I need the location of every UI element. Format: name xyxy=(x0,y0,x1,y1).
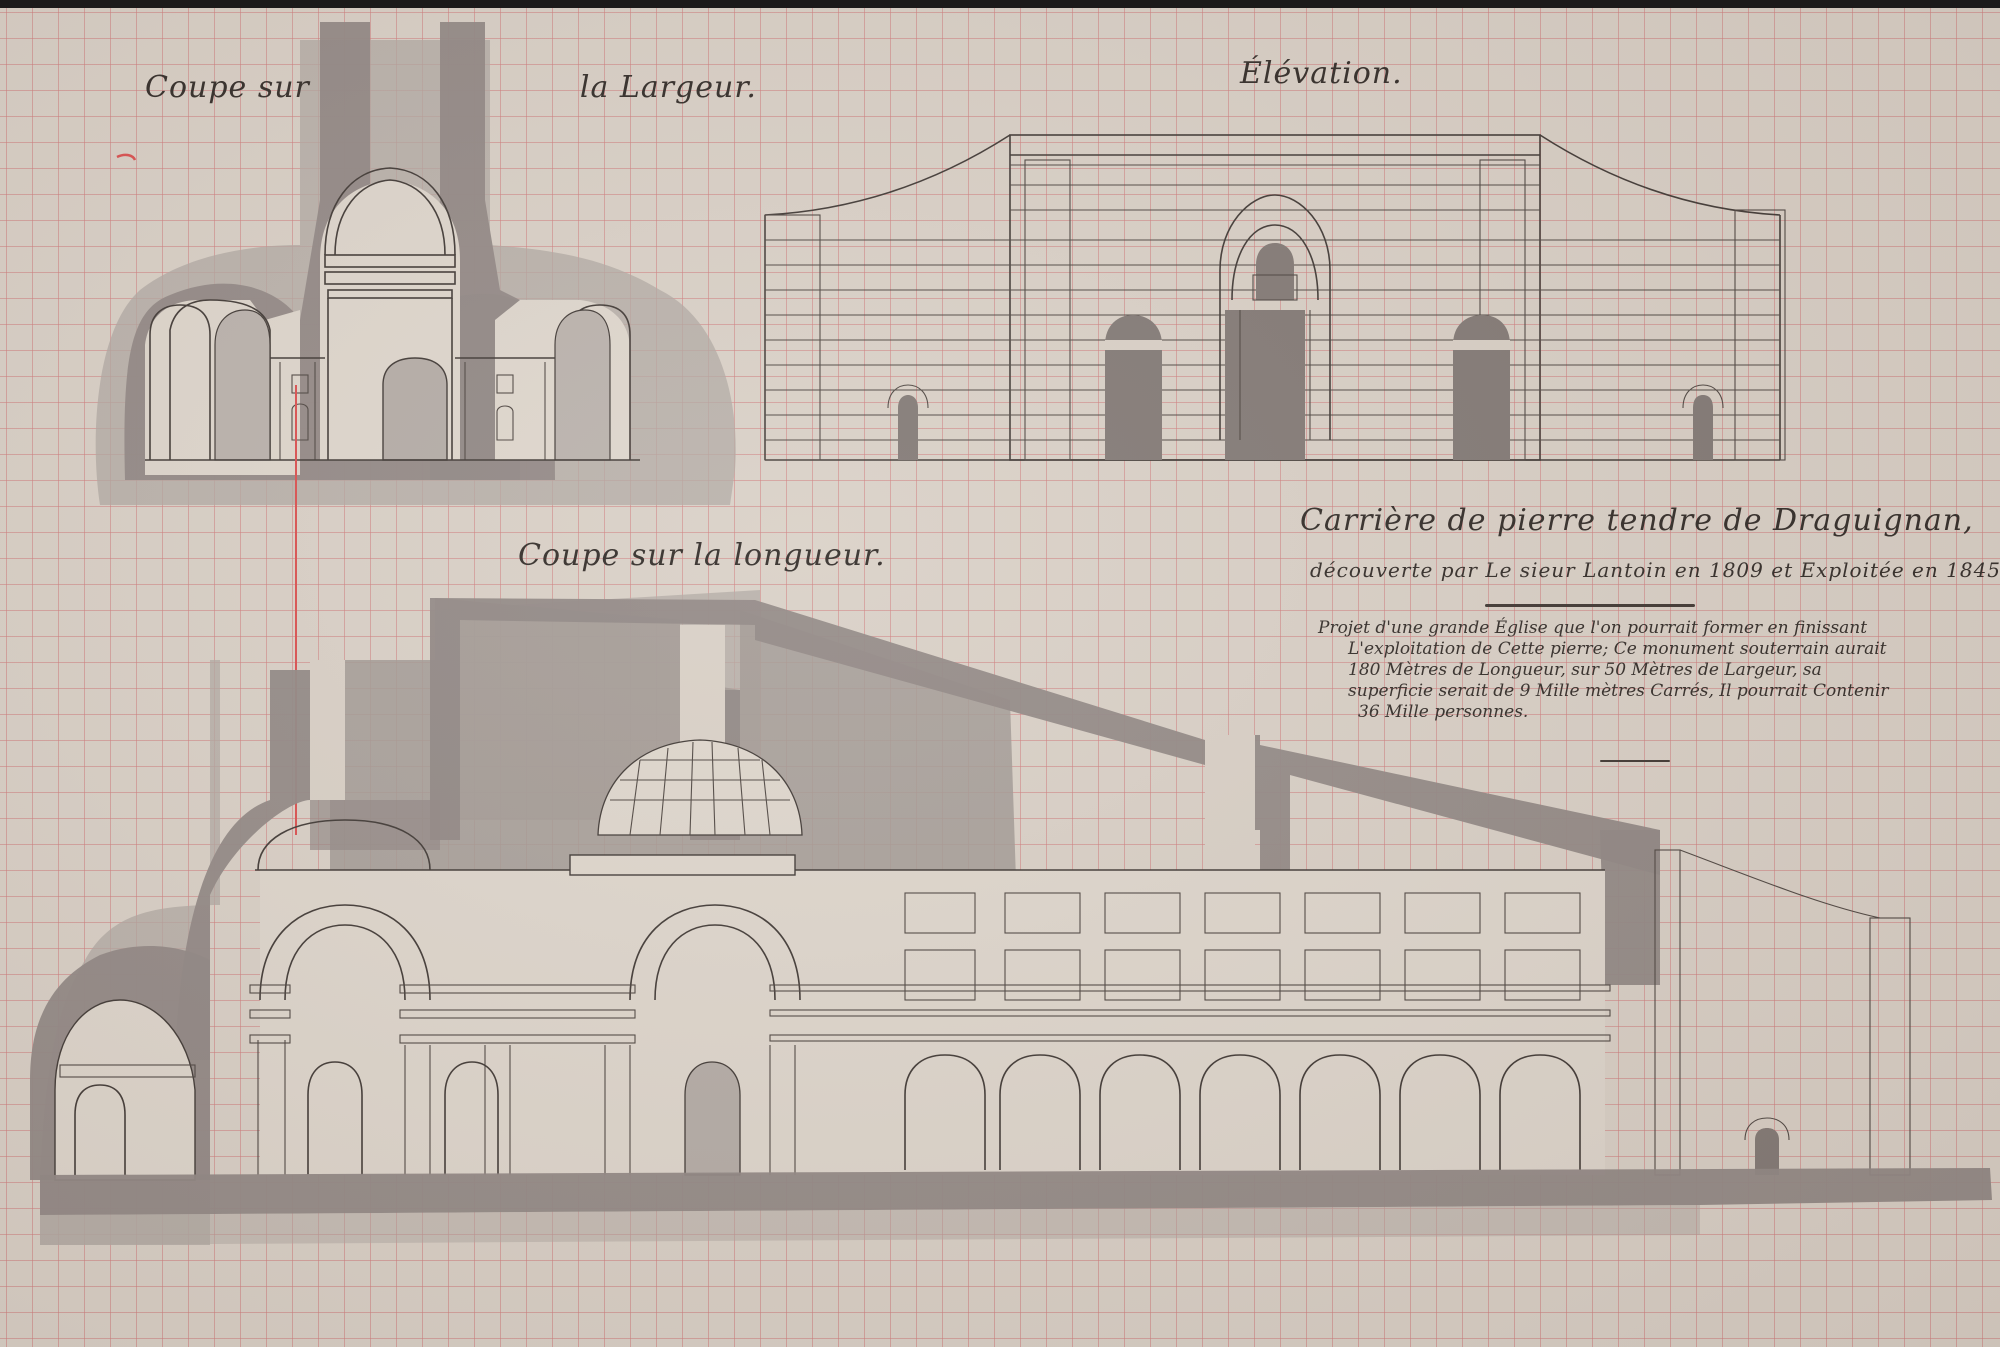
cross-section-title: Coupe surla Largeur. xyxy=(145,70,757,105)
note-line: 180 Mètres de Longueur, sur 50 Mètres de… xyxy=(1318,660,1978,681)
elevation-drawing xyxy=(765,135,1785,460)
caption-underline xyxy=(1485,604,1695,607)
project-notes: Projet d'une grande Église que l'on pour… xyxy=(1318,618,1978,723)
note-line: superficie serait de 9 Mille mètres Carr… xyxy=(1318,681,1978,702)
elevation-title: Élévation. xyxy=(1240,56,1403,91)
cross-section-title-part1: Coupe sur xyxy=(145,70,310,105)
note-line: 36 Mille personnes. xyxy=(1318,702,1978,723)
cross-section-title-part2: la Largeur. xyxy=(580,70,757,105)
drawing-sheet: .wl { fill: #aea59f; opacity: 0.75; } .w… xyxy=(0,8,2000,1347)
note-line: Projet d'une grande Église que l'on pour… xyxy=(1318,618,1978,639)
caption-title: Carrière de pierre tendre de Draguignan, xyxy=(1300,503,1974,538)
note-line: L'exploitation de Cette pierre; Ce monum… xyxy=(1318,639,1978,660)
longitudinal-section-title: Coupe sur la longueur. xyxy=(518,538,886,573)
caption-subtitle: découverte par Le sieur Lantoin en 1809 … xyxy=(1310,558,2000,582)
notes-end-rule xyxy=(1600,760,1670,762)
